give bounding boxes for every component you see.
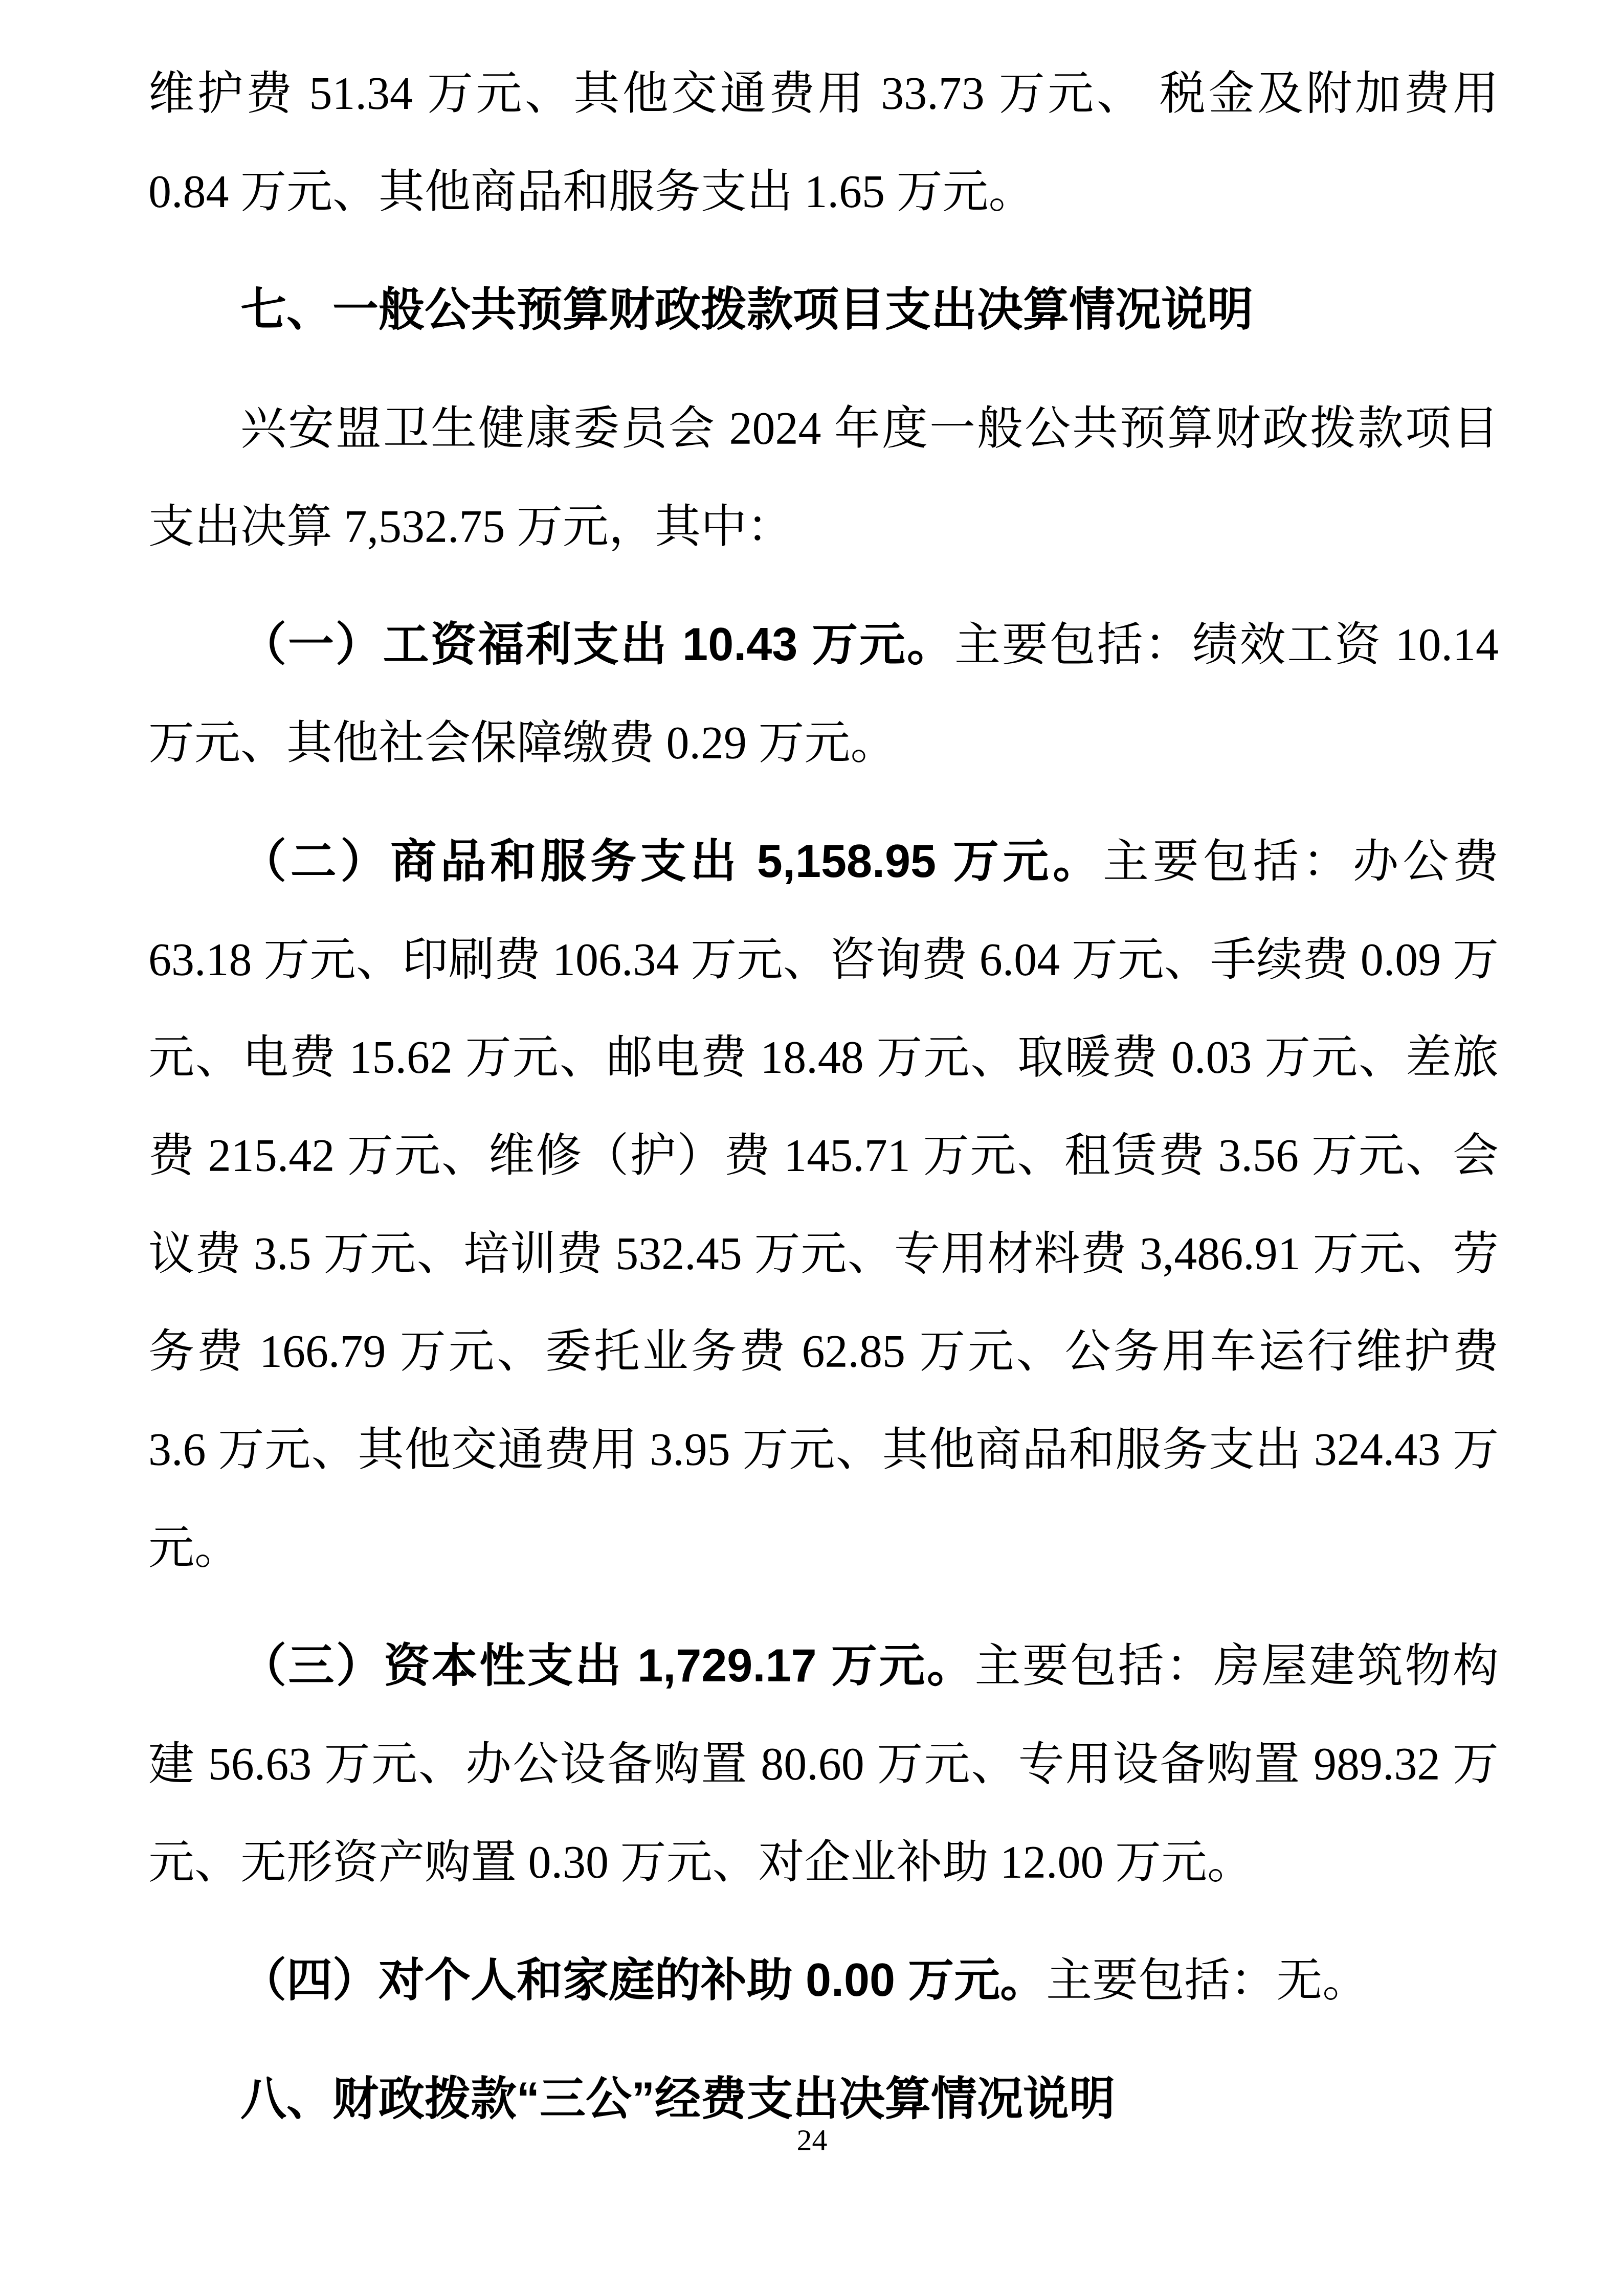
paragraph-project-total: 兴安盟卫生健康委员会 2024 年度一般公共预算财政拨款项目支出决算 7,532… <box>148 380 1499 576</box>
paragraph-item-4-text: 主要包括：无。 <box>1046 1955 1368 2006</box>
paragraph-item-3-lead: （三）资本性支出 1,729.17 万元。 <box>240 1640 974 1692</box>
paragraph-item-4: （四）对个人和家庭的补助 0.00 万元。主要包括：无。 <box>148 1932 1499 2030</box>
paragraph-item-3: （三）资本性支出 1,729.17 万元。主要包括：房屋建筑物构建 56.63 … <box>148 1617 1499 1911</box>
section-heading-seven: 七、一般公共预算财政拨款项目支出决算情况说明 <box>148 261 1499 359</box>
paragraph-item-2: （二）商品和服务支出 5,158.95 万元。主要包括：办公费 63.18 万元… <box>148 813 1499 1597</box>
document-content: 维护费 51.34 万元、其他交通费用 33.73 万元、 税金及附加费用 0.… <box>148 45 1499 2149</box>
paragraph-item-2-lead: （二）商品和服务支出 5,158.95 万元。 <box>240 836 1103 887</box>
paragraph-item-4-lead: （四）对个人和家庭的补助 0.00 万元。 <box>240 1955 1046 2006</box>
page-number: 24 <box>0 2125 1624 2155</box>
paragraph-item-1-lead: （一）工资福利支出 10.43 万元。 <box>240 619 954 670</box>
paragraph-item-1: （一）工资福利支出 10.43 万元。主要包括：绩效工资 10.14 万元、其他… <box>148 596 1499 792</box>
paragraph-continuation: 维护费 51.34 万元、其他交通费用 33.73 万元、 税金及附加费用 0.… <box>148 45 1499 241</box>
paragraph-item-2-text: 主要包括：办公费 63.18 万元、印刷费 106.34 万元、咨询费 6.04… <box>148 837 1499 1573</box>
document-page: 维护费 51.34 万元、其他交通费用 33.73 万元、 税金及附加费用 0.… <box>0 0 1624 2296</box>
